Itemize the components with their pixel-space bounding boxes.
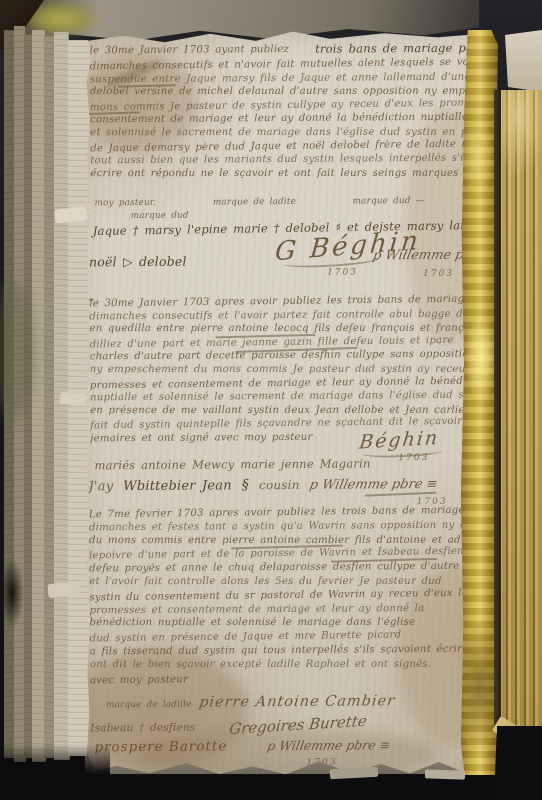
manuscript-line: écrire ont répondu ne le sçavoir et ont … xyxy=(90,167,476,181)
barotte-willemme-row: prospere Barotte p Willemme pbre ≡ xyxy=(94,737,389,755)
signature-willemme-3: p Willemme pbre ≡ xyxy=(266,737,391,753)
priest-paraph: ≡ xyxy=(378,737,391,752)
page-edge-fragment-top xyxy=(505,30,542,92)
mark-label: marque dud — xyxy=(353,195,425,209)
cousin-word: cousin xyxy=(259,479,300,493)
priest-paraph: ≡ xyxy=(425,477,438,492)
gold-repair-strip xyxy=(461,30,498,775)
signature-burette: Gregoires Burette xyxy=(229,712,368,738)
jay-word: J'ay xyxy=(89,480,114,494)
manuscript-photo: le 30me Janvier 1703 ayant publiez trois… xyxy=(0,0,542,800)
flourish-knot: § xyxy=(242,479,249,493)
bottom-right-dark xyxy=(497,726,542,800)
signature-year: 1703 xyxy=(423,269,454,279)
record-2-text: le 30me Janvier 1703 apres avoir publiez… xyxy=(89,294,478,446)
record-3-text: Le 7me fevrier 1703 apres avoir publiez … xyxy=(89,505,482,687)
married-couple-line: mariés antoine Mewcy marie jenne Magarin xyxy=(94,457,370,473)
record-1-mark-labels: moy pasteur. marque de ladite marque dud… xyxy=(95,195,425,211)
signature-willemme-2: p Willemme pbre ≡ xyxy=(308,477,438,493)
main-page: le 30me Janvier 1703 ayant publiez trois… xyxy=(73,27,492,777)
adjacent-page-edge xyxy=(497,90,542,730)
mark-label: marque de ladille xyxy=(106,699,192,713)
cambier-signature-row: marque de ladille pierre Antoine Cambier xyxy=(106,693,396,713)
signature-year: 1703 xyxy=(327,267,358,277)
edge-gap-shadow xyxy=(494,90,501,730)
noel-delobel-mark: noël ▷ delobel xyxy=(89,255,187,269)
cousin-consent-line: J'ay Wbittebier Jean § cousin p Willemme… xyxy=(89,477,437,494)
paper-bit xyxy=(425,769,465,779)
signature-isabeau: Isabeau † desfiens xyxy=(90,722,195,736)
pastor-note: moy pasteur. xyxy=(95,197,157,211)
torn-flap xyxy=(60,392,88,406)
signature-year: 1703 xyxy=(398,453,429,463)
ink-underline xyxy=(365,492,437,497)
stub-bottom-shadow xyxy=(0,744,110,800)
wbittebier-name: Wbittebier Jean xyxy=(123,479,232,493)
signature-cambier: pierre Antoine Cambier xyxy=(199,693,397,710)
signature-barotte: prospere Barotte xyxy=(94,738,227,755)
isabeau-burette-row: Isabeau † desfiens Gregoires Burette xyxy=(90,715,367,736)
binding-gap-shadow xyxy=(0,558,24,628)
mark-label: marque de ladite xyxy=(213,196,296,210)
record-1-date-phrase: le 30me Janvier 1703 ayant publiez xyxy=(90,43,290,58)
paper-bit xyxy=(330,767,378,779)
mark-label: marque dud xyxy=(131,210,189,224)
record-1-text: dimanches consecutifs et n'avoir fait mu… xyxy=(90,57,477,182)
record-1-opening-line: le 30me Janvier 1703 ayant publiez trois… xyxy=(90,41,513,58)
torn-flap xyxy=(48,582,80,598)
